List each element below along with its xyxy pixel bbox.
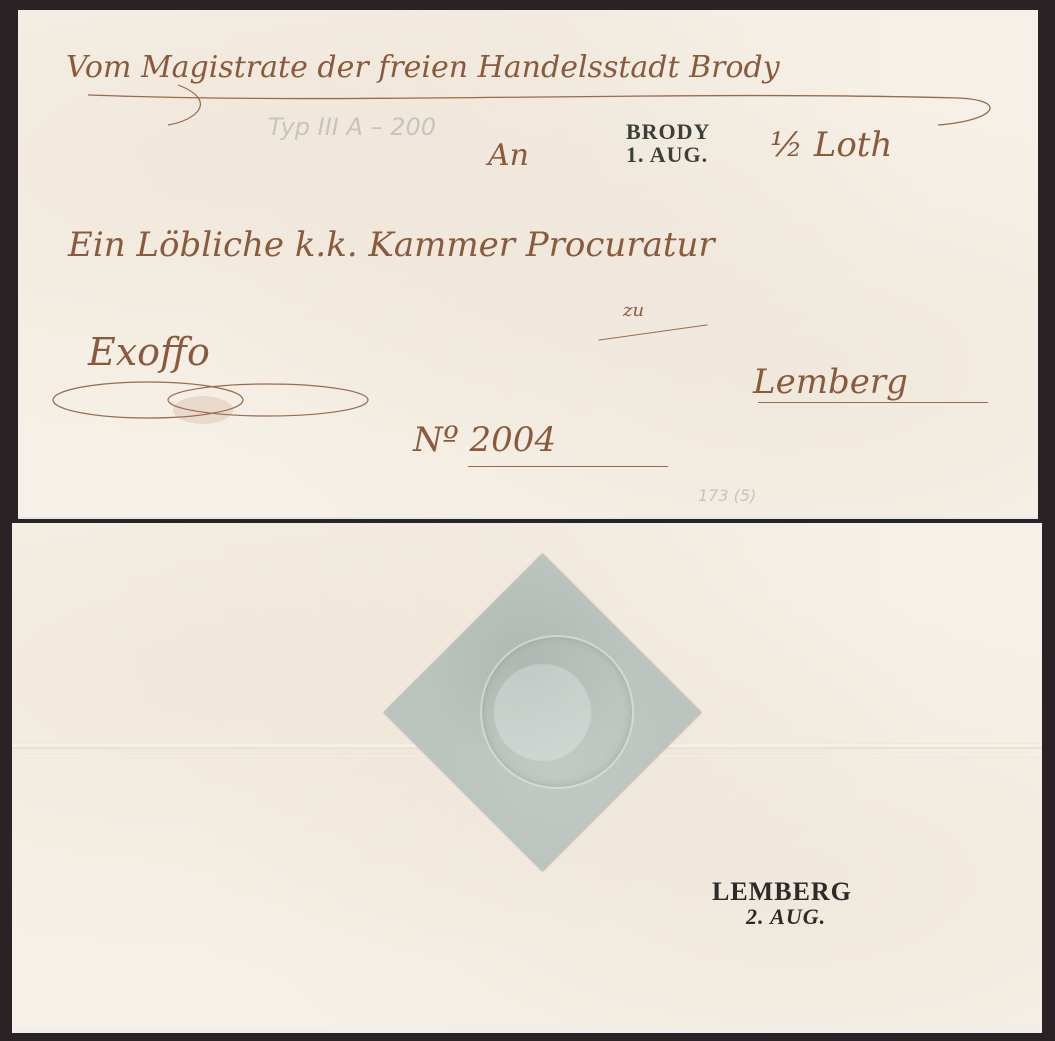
zu-label: zu [623, 300, 644, 321]
seal-emblem [480, 635, 634, 789]
weight-note: ½ Loth [770, 125, 892, 165]
destination-underline [758, 402, 988, 403]
reference-number: Nº 2004 [413, 420, 556, 460]
lemberg-postmark-date: 2. AUG. [712, 905, 852, 928]
brody-postmark: BRODY 1. AUG. [626, 120, 710, 166]
reference-underline [468, 466, 668, 467]
brody-postmark-date: 1. AUG. [626, 143, 710, 166]
addressee-line: Ein Löbliche k.k. Kammer Procuratur [68, 225, 715, 265]
brody-postmark-town: BRODY [626, 120, 710, 143]
an-label: An [488, 138, 529, 173]
destination-city: Lemberg [753, 362, 908, 402]
exoffo-flourish [38, 370, 378, 440]
exoffo-label: Exoffo [88, 330, 210, 374]
pencil-ref-note: 173 (5) [698, 486, 756, 505]
zu-underline [598, 324, 707, 340]
cover-front: Vom Magistrate der freien Handelsstadt B… [18, 10, 1038, 519]
lemberg-postmark: LEMBERG 2. AUG. [712, 878, 852, 928]
lemberg-postmark-town: LEMBERG [712, 878, 852, 905]
pencil-type-note: Typ III A – 200 [268, 113, 436, 141]
